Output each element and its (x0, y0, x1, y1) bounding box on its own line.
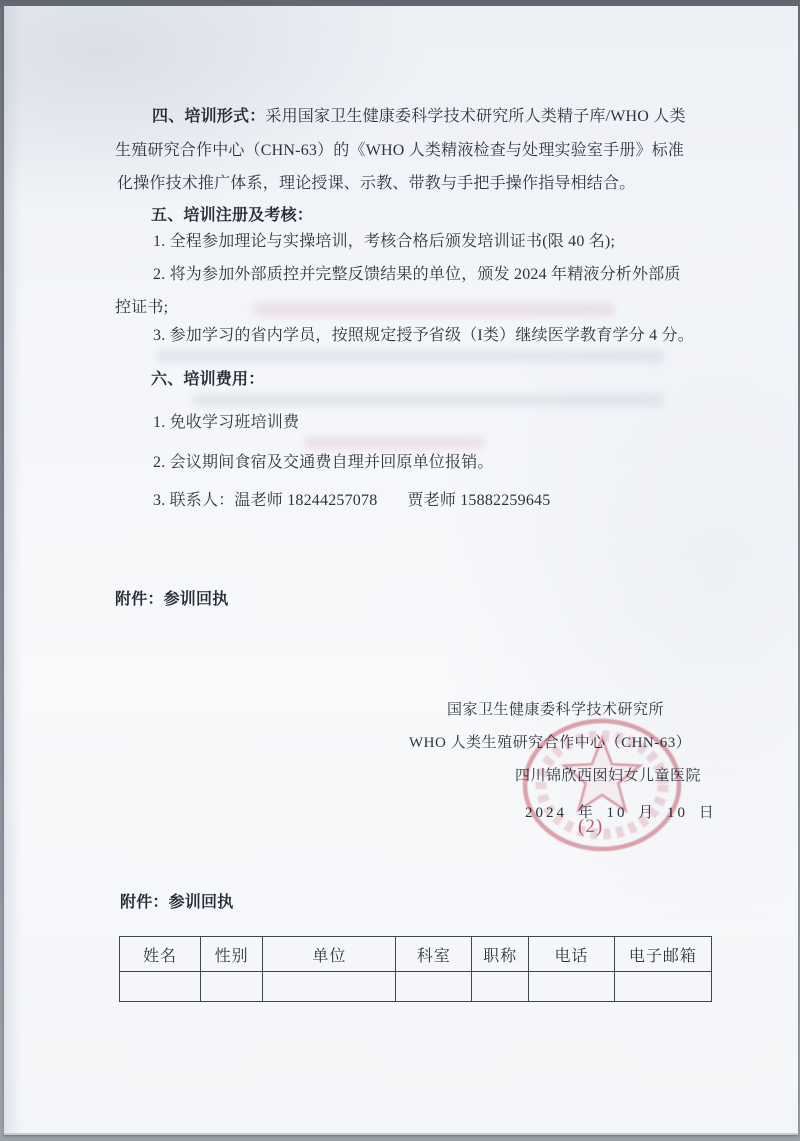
col-header-gender: 性别 (201, 937, 263, 972)
section6-item3: 3. 联系人：温老师 18244257078贾老师 15882259645 (153, 490, 550, 512)
document-page: 四、培训形式：采用国家卫生健康委科学技术研究所人类精子库/WHO 人类 生殖研究… (4, 6, 798, 1135)
table-cell-empty (396, 972, 472, 1002)
contact-person-2: 贾老师 15882259645 (407, 490, 550, 512)
contact-person-1: 温老师 18244257078 (234, 492, 377, 509)
section4-heading: 四、培训形式： (152, 108, 265, 125)
table-cell-empty (201, 972, 263, 1002)
col-header-unit: 单位 (263, 937, 396, 972)
contact-label: 3. 联系人： (153, 492, 234, 509)
col-header-department: 科室 (396, 937, 472, 972)
reply-form-table: 姓名 性别 单位 科室 职称 电话 电子邮箱 (119, 936, 712, 1002)
section5-item2-line2: 控证书; (115, 297, 168, 319)
section4-line1-text: 采用国家卫生健康委科学技术研究所人类精子库/WHO 人类 (265, 108, 685, 125)
table-cell-empty (472, 972, 529, 1002)
section4-line1: 四、培训形式：采用国家卫生健康委科学技术研究所人类精子库/WHO 人类 (152, 106, 686, 128)
section5-item1: 1. 全程参加理论与实操培训，考核合格后颁发培训证书(限 40 名); (153, 231, 615, 253)
document-content: 四、培训形式：采用国家卫生健康委科学技术研究所人类精子库/WHO 人类 生殖研究… (4, 6, 798, 1135)
table-row-empty (120, 972, 712, 1002)
section5-heading: 五、培训注册及考核： (151, 205, 313, 227)
table-cell-empty (614, 972, 711, 1002)
attachment-title: 附件：参训回执 (120, 892, 233, 914)
section6-item1: 1. 免收学习班培训费 (153, 412, 299, 434)
table-header-row: 姓名 性别 单位 科室 职称 电话 电子邮箱 (120, 937, 712, 972)
official-seal-stamp (510, 710, 694, 862)
table-cell-empty (263, 972, 396, 1002)
col-header-phone: 电话 (529, 937, 615, 972)
col-header-email: 电子邮箱 (614, 937, 711, 972)
section4-line3: 化操作技术推广体系，理论授课、示教、带教与手把手操作指导相结合。 (117, 173, 635, 195)
section5-item2-line1: 2. 将为参加外部质控并完整反馈结果的单位，颁发 2024 年精液分析外部质 (153, 264, 681, 286)
col-header-name: 姓名 (120, 937, 201, 972)
attachment-note: 附件：参训回执 (115, 589, 228, 611)
photo-background: 四、培训形式：采用国家卫生健康委科学技术研究所人类精子库/WHO 人类 生殖研究… (0, 0, 800, 1141)
col-header-title: 职称 (472, 937, 529, 972)
section4-line2: 生殖研究合作中心（CHN-63）的《WHO 人类精液检查与处理实验室手册》标准 (115, 140, 684, 162)
section6-item2: 2. 会议期间食宿及交通费自理并回原单位报销。 (153, 452, 494, 474)
seal-number: (2) (578, 816, 603, 838)
star-icon (564, 738, 640, 810)
table-cell-empty (529, 972, 615, 1002)
table-cell-empty (120, 972, 201, 1002)
section5-item3: 3. 参加学习的省内学员，按照规定授予省级（I类）继续医学教育学分 4 分。 (153, 325, 694, 347)
section6-heading: 六、培训费用： (151, 369, 264, 391)
